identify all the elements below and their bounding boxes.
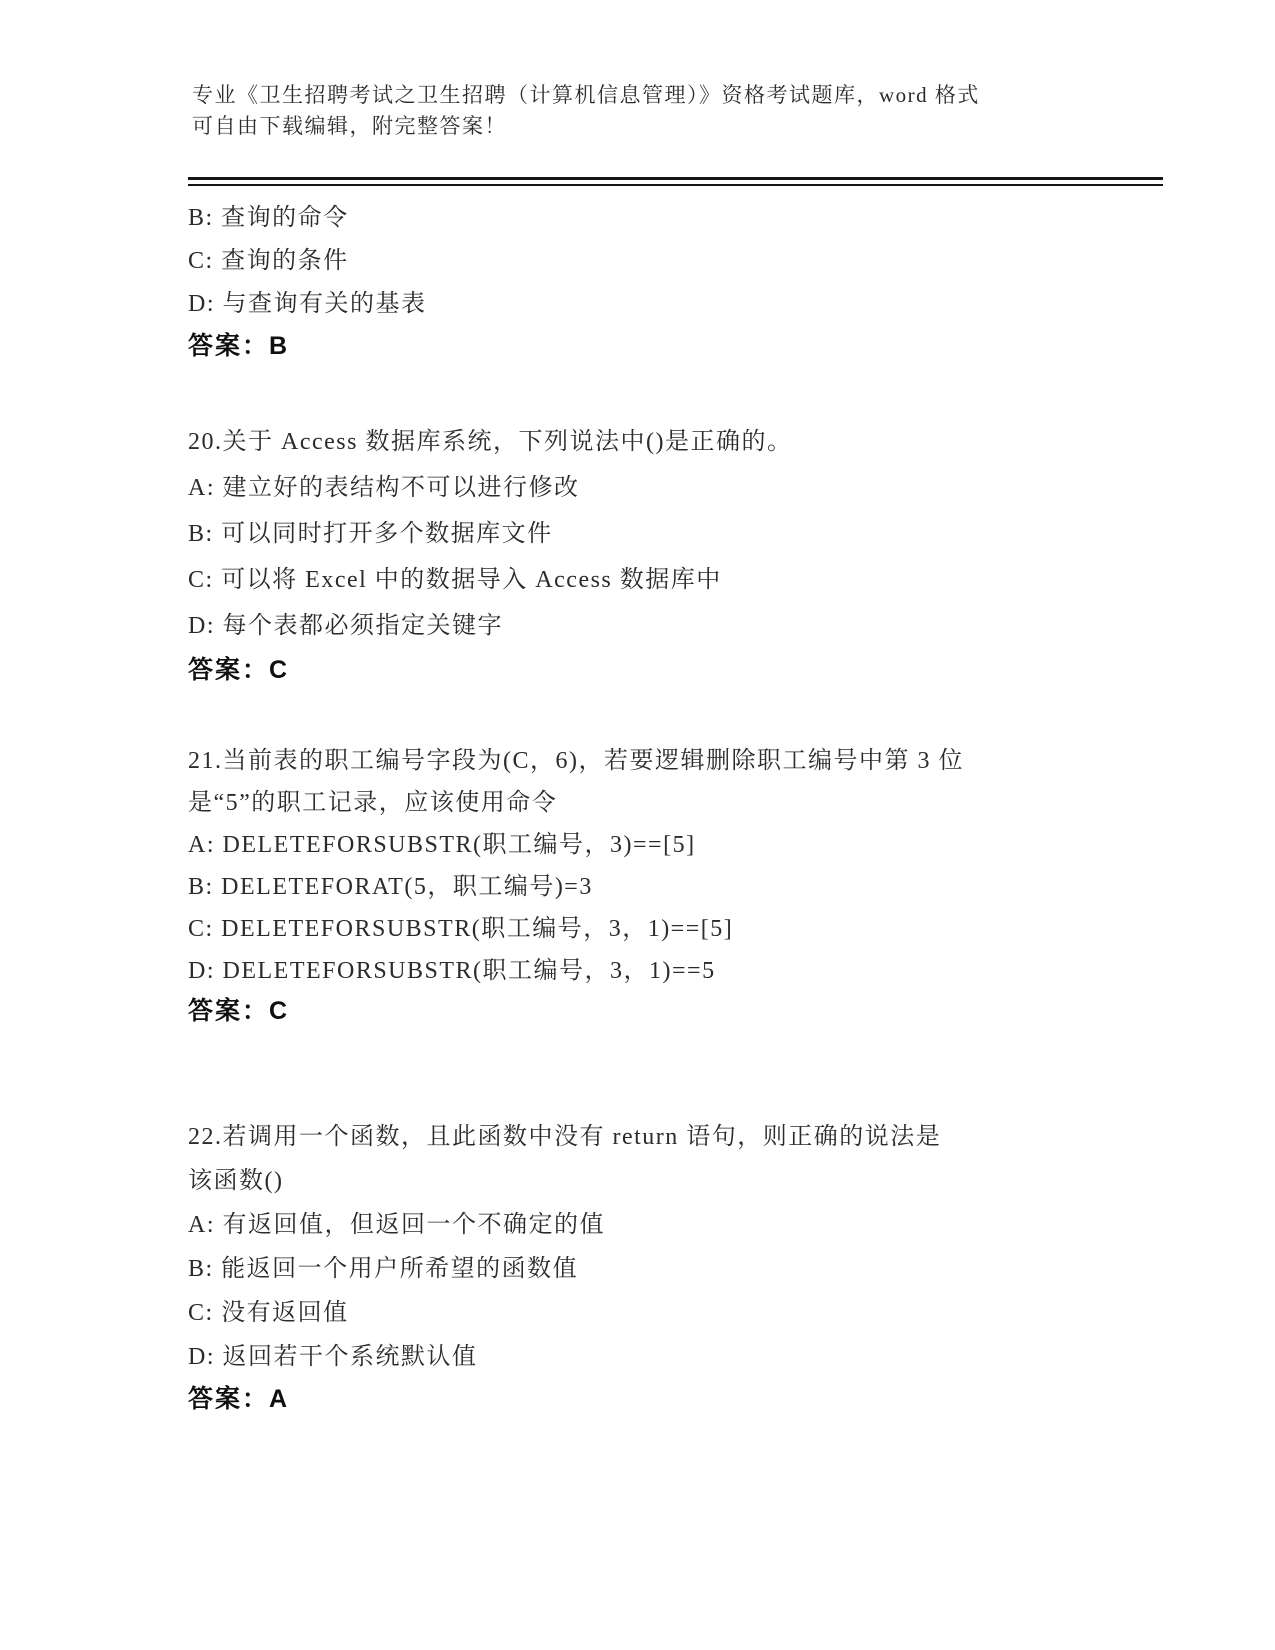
option-line-b: B: DELETEFORAT(5，职工编号)=3 — [188, 862, 1138, 904]
page-header: 专业《卫生招聘考试之卫生招聘（计算机信息管理）》资格考试题库，word 格式 可… — [192, 78, 1092, 140]
document-page: 专业《卫生招聘考试之卫生招聘（计算机信息管理）》资格考试题库，word 格式 可… — [0, 0, 1275, 1650]
header-divider-rule — [188, 177, 1163, 186]
question-line: 20.关于 Access 数据库系统，下列说法中()是正确的。 — [188, 415, 1138, 461]
option-line-b: B: 可以同时打开多个数据库文件 — [188, 507, 1138, 553]
answer-line: 答案：B — [188, 322, 1138, 365]
question-block-19-options: B: 查询的命令 C: 查询的条件 D: 与查询有关的基表 答案：B — [188, 193, 1138, 365]
option-line-a: A: 建立好的表结构不可以进行修改 — [188, 461, 1138, 507]
option-line-d: D: 每个表都必须指定关键字 — [188, 599, 1138, 645]
answer-line: 答案：A — [188, 1375, 1138, 1419]
option-line-c: C: 没有返回值 — [188, 1287, 1138, 1331]
question-line-1: 21.当前表的职工编号字段为(C，6)，若要逻辑删除职工编号中第 3 位 — [188, 736, 1138, 778]
question-block-20: 20.关于 Access 数据库系统，下列说法中()是正确的。 A: 建立好的表… — [188, 415, 1138, 691]
option-line-a: A: 有返回值，但返回一个不确定的值 — [188, 1199, 1138, 1243]
header-line-2: 可自由下载编辑，附完整答案！ — [192, 109, 1092, 140]
question-block-22: 22.若调用一个函数，且此函数中没有 return 语句，则正确的说法是 该函数… — [188, 1111, 1138, 1419]
question-line-2: 是“5”的职工记录，应该使用命令 — [188, 778, 1138, 820]
option-line-d: D: 与查询有关的基表 — [188, 279, 1138, 322]
option-line-d: D: DELETEFORSUBSTR(职工编号，3，1)==5 — [188, 946, 1138, 988]
question-block-21: 21.当前表的职工编号字段为(C，6)，若要逻辑删除职工编号中第 3 位 是“5… — [188, 736, 1138, 1030]
header-line-1: 专业《卫生招聘考试之卫生招聘（计算机信息管理）》资格考试题库，word 格式 — [192, 78, 1092, 109]
answer-line: 答案：C — [188, 645, 1138, 691]
option-line-d: D: 返回若干个系统默认值 — [188, 1331, 1138, 1375]
option-line-c: C: 查询的条件 — [188, 236, 1138, 279]
option-line-a: A: DELETEFORSUBSTR(职工编号，3)==[5] — [188, 820, 1138, 862]
option-line-b: B: 能返回一个用户所希望的函数值 — [188, 1243, 1138, 1287]
answer-line: 答案：C — [188, 988, 1138, 1030]
question-line-1: 22.若调用一个函数，且此函数中没有 return 语句，则正确的说法是 — [188, 1111, 1138, 1155]
option-line-c: C: DELETEFORSUBSTR(职工编号，3，1)==[5] — [188, 904, 1138, 946]
question-line-2: 该函数() — [188, 1155, 1138, 1199]
option-line-c: C: 可以将 Excel 中的数据导入 Access 数据库中 — [188, 553, 1138, 599]
option-line-b: B: 查询的命令 — [188, 193, 1138, 236]
